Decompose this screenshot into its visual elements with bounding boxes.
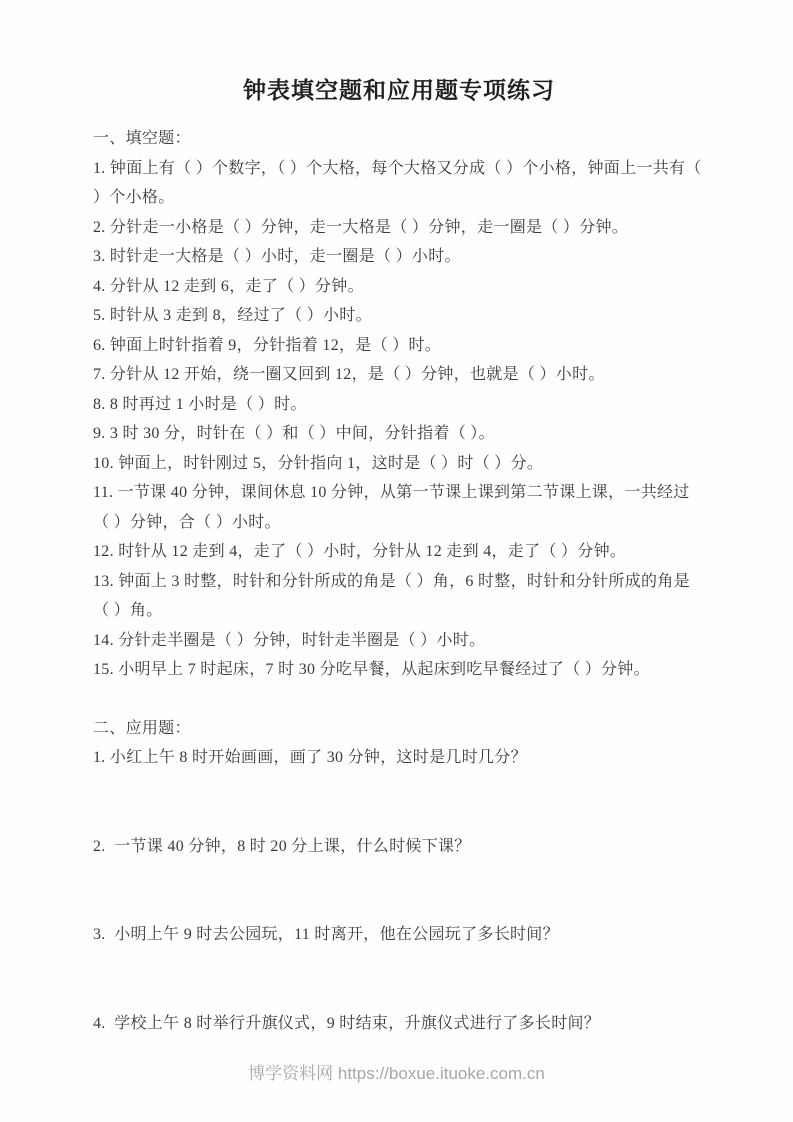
fill-in-question-1: 1. 钟面上有（ ）个数字，（ ）个大格，每个大格又分成（ ）个小格，钟面上一共…	[93, 154, 705, 213]
fill-in-question-13: 13. 钟面上 3 时整，时针和分针所成的角是（ ）角，6 时整，时针和分针所成…	[93, 567, 705, 626]
word-problem-4: 4. 学校上午 8 时举行升旗仪式，9 时结束，升旗仪式进行了多长时间？	[93, 1009, 705, 1039]
fill-in-question-11: 11. 一节课 40 分钟，课间休息 10 分钟，从第一节课上课到第二节课上课，…	[93, 478, 705, 537]
worksheet-content: 钟表填空题和应用题专项练习 一、填空题： 1. 钟面上有（ ）个数字，（ ）个大…	[93, 76, 705, 1038]
fill-in-question-10: 10. 钟面上，时针刚过 5，分针指向 1，这时是（ ）时（ ）分。	[93, 449, 705, 479]
fill-in-question-2: 2. 分针走一小格是（ ）分钟，走一大格是（ ）分钟，走一圈是（ ）分钟。	[93, 213, 705, 243]
fill-in-question-8: 8. 8 时再过 1 小时是（ ）时。	[93, 390, 705, 420]
fill-in-question-9: 9. 3 时 30 分，时针在（ ）和（ ）中间，分针指着（ ）。	[93, 419, 705, 449]
watermark-footer: 博学资料网 https://boxue.ituoke.com.cn	[0, 1062, 793, 1086]
word-problem-3: 3. 小明上午 9 时去公园玩，11 时离开，他在公园玩了多长时间？	[93, 920, 705, 950]
fill-in-question-6: 6. 钟面上时针指着 9，分针指着 12，是（ ）时。	[93, 331, 705, 361]
word-problem-2: 2. 一节课 40 分钟，8 时 20 分上课，什么时候下课？	[93, 832, 705, 862]
fill-in-question-7: 7. 分针从 12 开始，绕一圈又回到 12，是（ ）分钟，也就是（ ）小时。	[93, 360, 705, 390]
fill-in-question-12: 12. 时针从 12 走到 4，走了（ ）小时，分针从 12 走到 4，走了（ …	[93, 537, 705, 567]
fill-in-question-15: 15. 小明早上 7 时起床，7 时 30 分吃早餐，从起床到吃早餐经过了（ ）…	[93, 655, 705, 685]
page-title: 钟表填空题和应用题专项练习	[93, 76, 705, 106]
fill-in-question-4: 4. 分针从 12 走到 6，走了（ ）分钟。	[93, 272, 705, 302]
fill-in-question-14: 14. 分针走半圈是（ ）分钟，时针走半圈是（ ）小时。	[93, 626, 705, 656]
section2-heading: 二、应用题：	[93, 714, 705, 744]
worksheet-page: 钟表填空题和应用题专项练习 一、填空题： 1. 钟面上有（ ）个数字，（ ）个大…	[0, 0, 793, 1122]
section1-heading: 一、填空题：	[93, 124, 705, 154]
word-problem-1: 1. 小红上午 8 时开始画画，画了 30 分钟，这时是几时几分？	[93, 743, 705, 773]
fill-in-question-3: 3. 时针走一大格是（ ）小时，走一圈是（ ）小时。	[93, 242, 705, 272]
fill-in-question-5: 5. 时针从 3 走到 8，经过了（ ）小时。	[93, 301, 705, 331]
